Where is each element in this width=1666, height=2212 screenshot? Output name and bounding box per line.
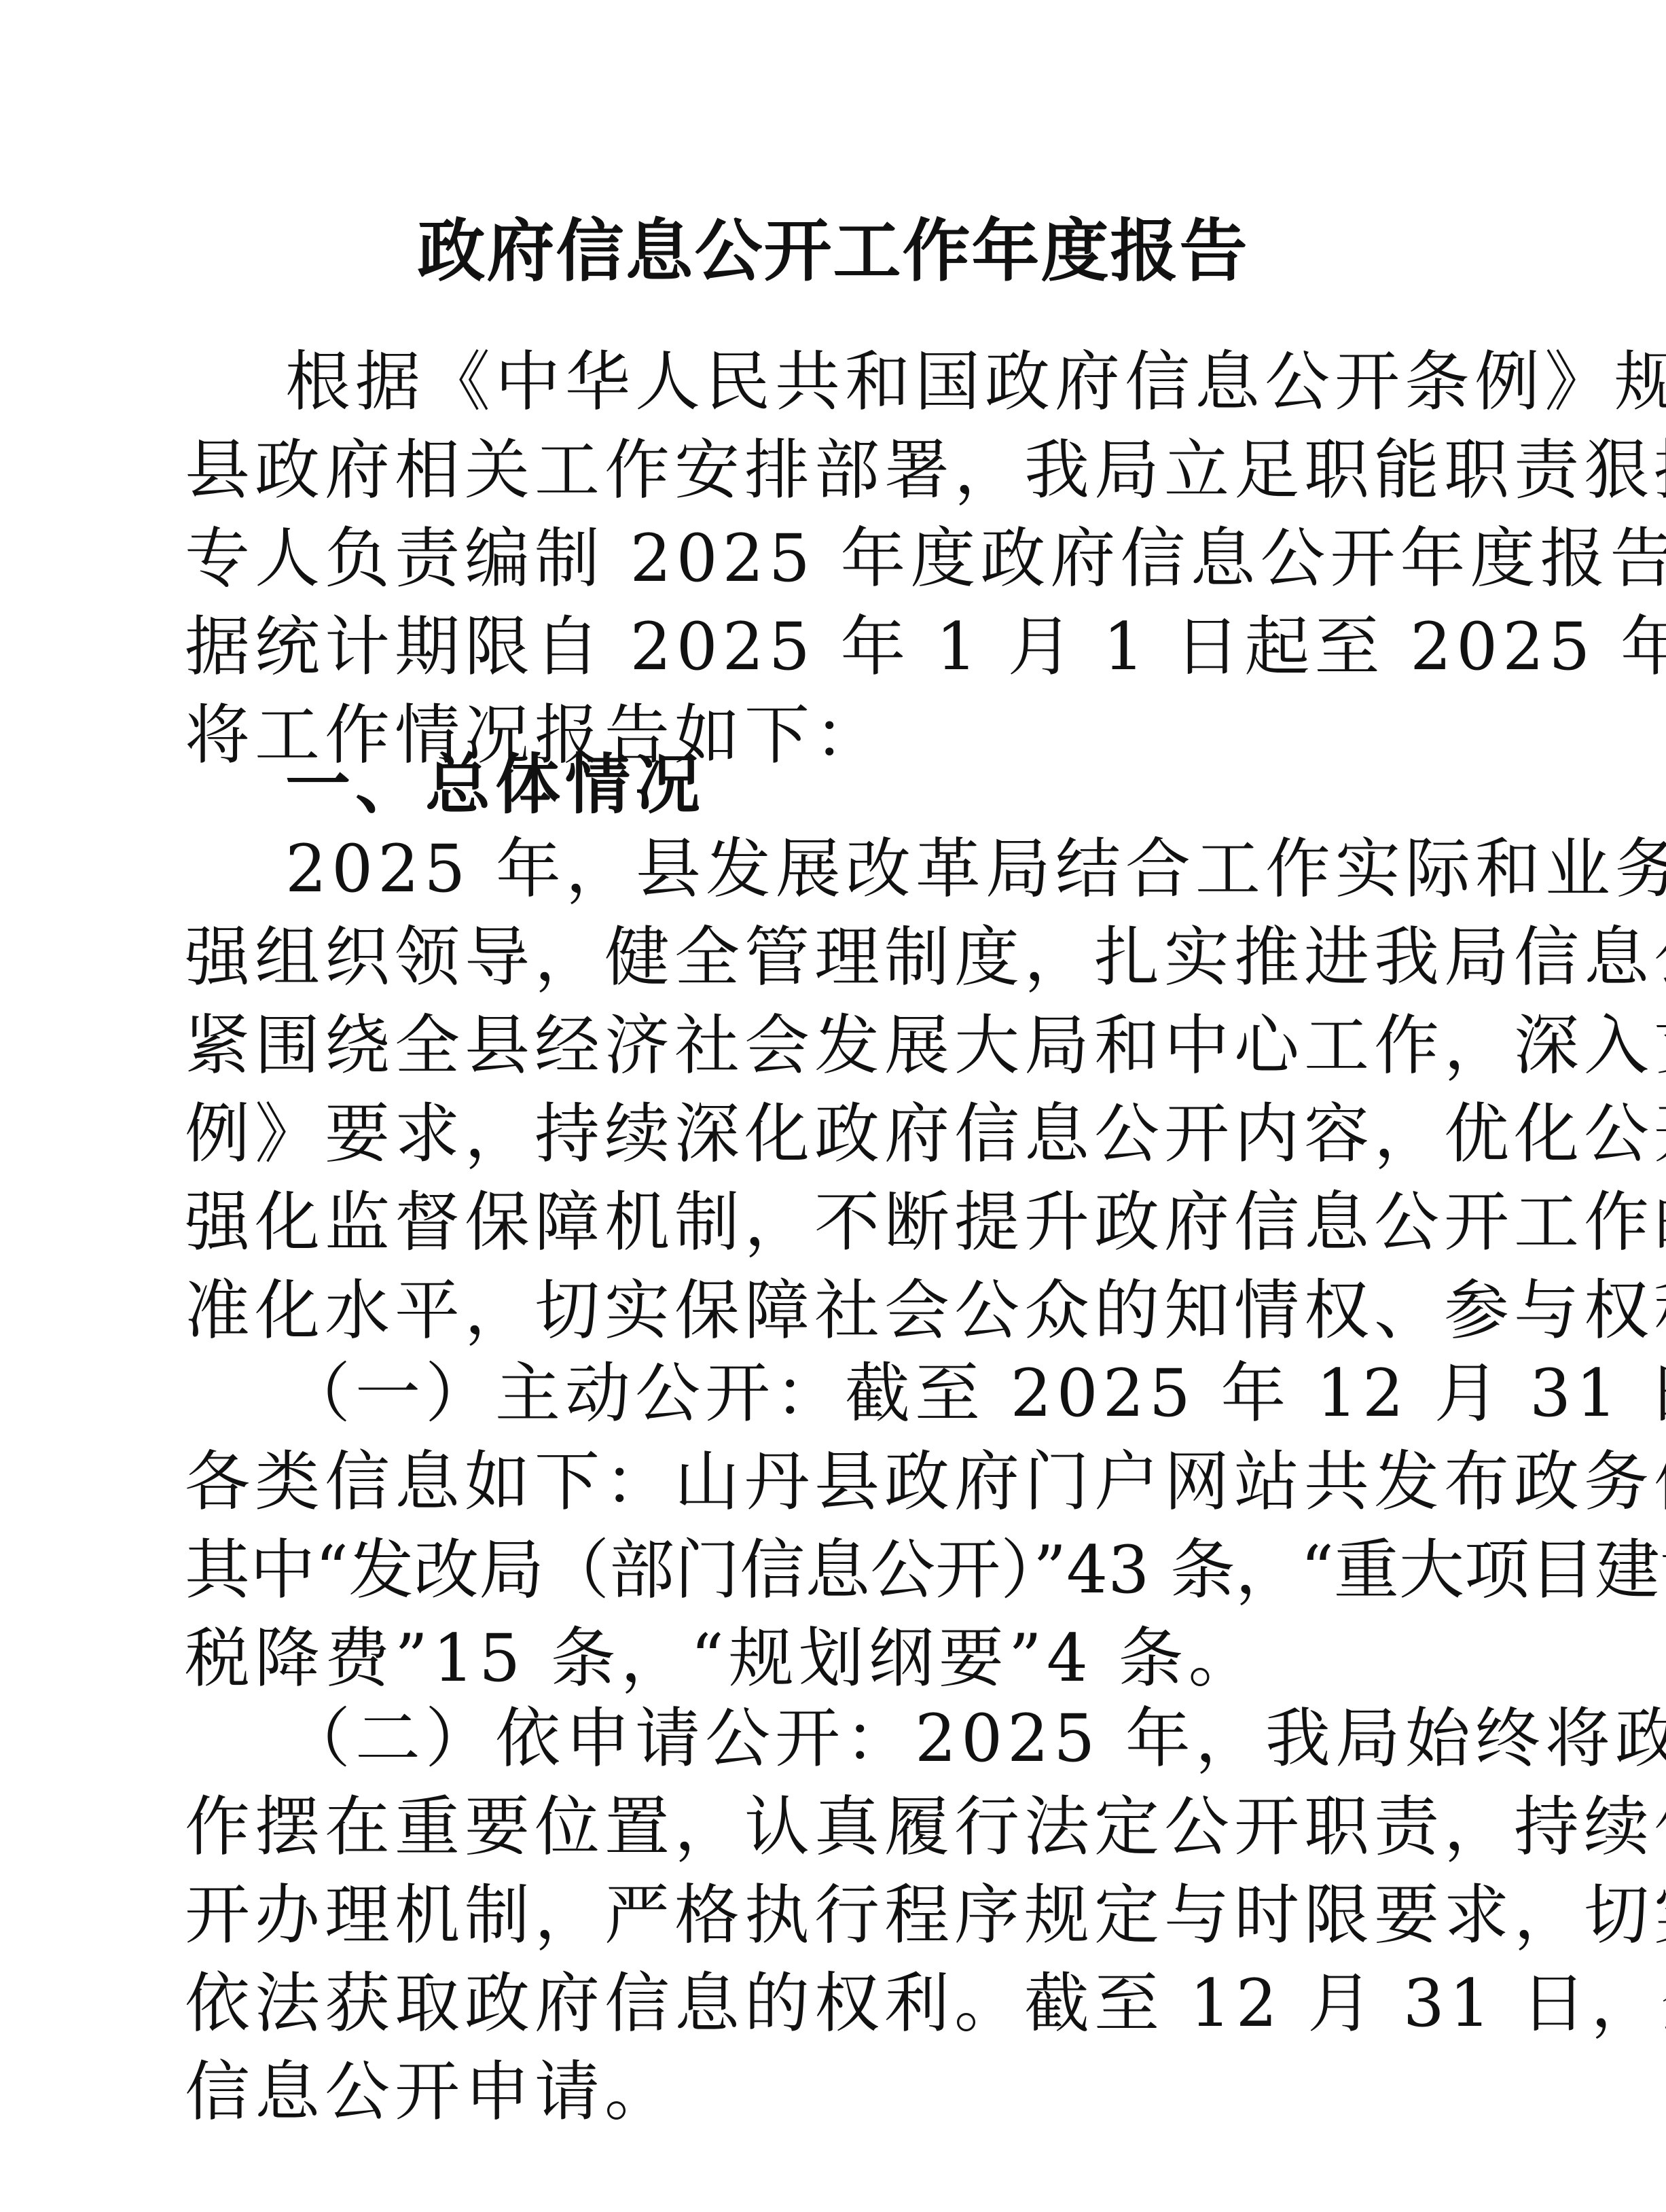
overview-line: 紧围绕全县经济社会发展大局和中心工作，深入贯彻落实《条 bbox=[185, 1001, 1502, 1090]
overview-line: 强化监督保障机制，不断提升政府信息公开工作的规范化、标 bbox=[185, 1178, 1502, 1266]
active-disclosure-line: 其中“发改局（部门信息公开）”43 条，“重大项目建设”47 条，“减 bbox=[185, 1526, 1502, 1614]
document-title: 政府信息公开工作年度报告 bbox=[0, 207, 1666, 296]
application-disclosure-line: 开办理机制，严格执行程序规定与时限要求，切实保障申请人 bbox=[185, 1871, 1502, 1959]
intro-line: 据统计期限自 2025 年 1 月 1 日起至 2025 年 12 月 31 日… bbox=[185, 603, 1502, 691]
overview-line: 2025 年，县发展改革局结合工作实际和业务发展要求，加 bbox=[285, 825, 1502, 913]
overview-line: 强组织领导，健全管理制度，扎实推进我局信息公开工作，紧 bbox=[185, 913, 1502, 1001]
application-disclosure-line: 作摆在重要位置，认真履行法定公开职责，持续优化依申请公 bbox=[185, 1783, 1502, 1871]
application-disclosure-line: （二）依申请公开：2025 年，我局始终将政府信息公开工 bbox=[285, 1694, 1502, 1783]
overview-line: 例》要求，持续深化政府信息公开内容，优化公开平台功能， bbox=[185, 1090, 1502, 1178]
active-disclosure-line: （一）主动公开：截至 2025 年 12 月 31 日，全年主动公开 bbox=[285, 1349, 1502, 1438]
active-disclosure-line: 各类信息如下：山丹县政府门户网站共发布政务信息 109 条。 bbox=[185, 1438, 1502, 1526]
application-disclosure-line: 依法获取政府信息的权利。截至 12 月 31 日，全年未收到政府 bbox=[185, 1959, 1502, 2048]
section-heading: 一、总体情况 bbox=[285, 741, 1502, 829]
active-disclosure-line: 税降费”15 条，“规划纲要”4 条。 bbox=[185, 1614, 1502, 1702]
intro-line: 专人负责编制 2025 年度政府信息公开年度报告，本报告所列数 bbox=[185, 514, 1502, 603]
intro-line: 根据《中华人民共和国政府信息公开条例》规定和县委、 bbox=[285, 338, 1502, 426]
document-page: 政府信息公开工作年度报告 根据《中华人民共和国政府信息公开条例》规定和县委、 县… bbox=[0, 0, 1666, 2212]
overview-line: 准化水平，切实保障社会公众的知情权、参与权和监督权。 bbox=[185, 1266, 1502, 1355]
intro-line: 县政府相关工作安排部署，我局立足职能职责狠抓落实，安排 bbox=[185, 426, 1502, 514]
application-disclosure-line: 信息公开申请。 bbox=[185, 2048, 1502, 2136]
